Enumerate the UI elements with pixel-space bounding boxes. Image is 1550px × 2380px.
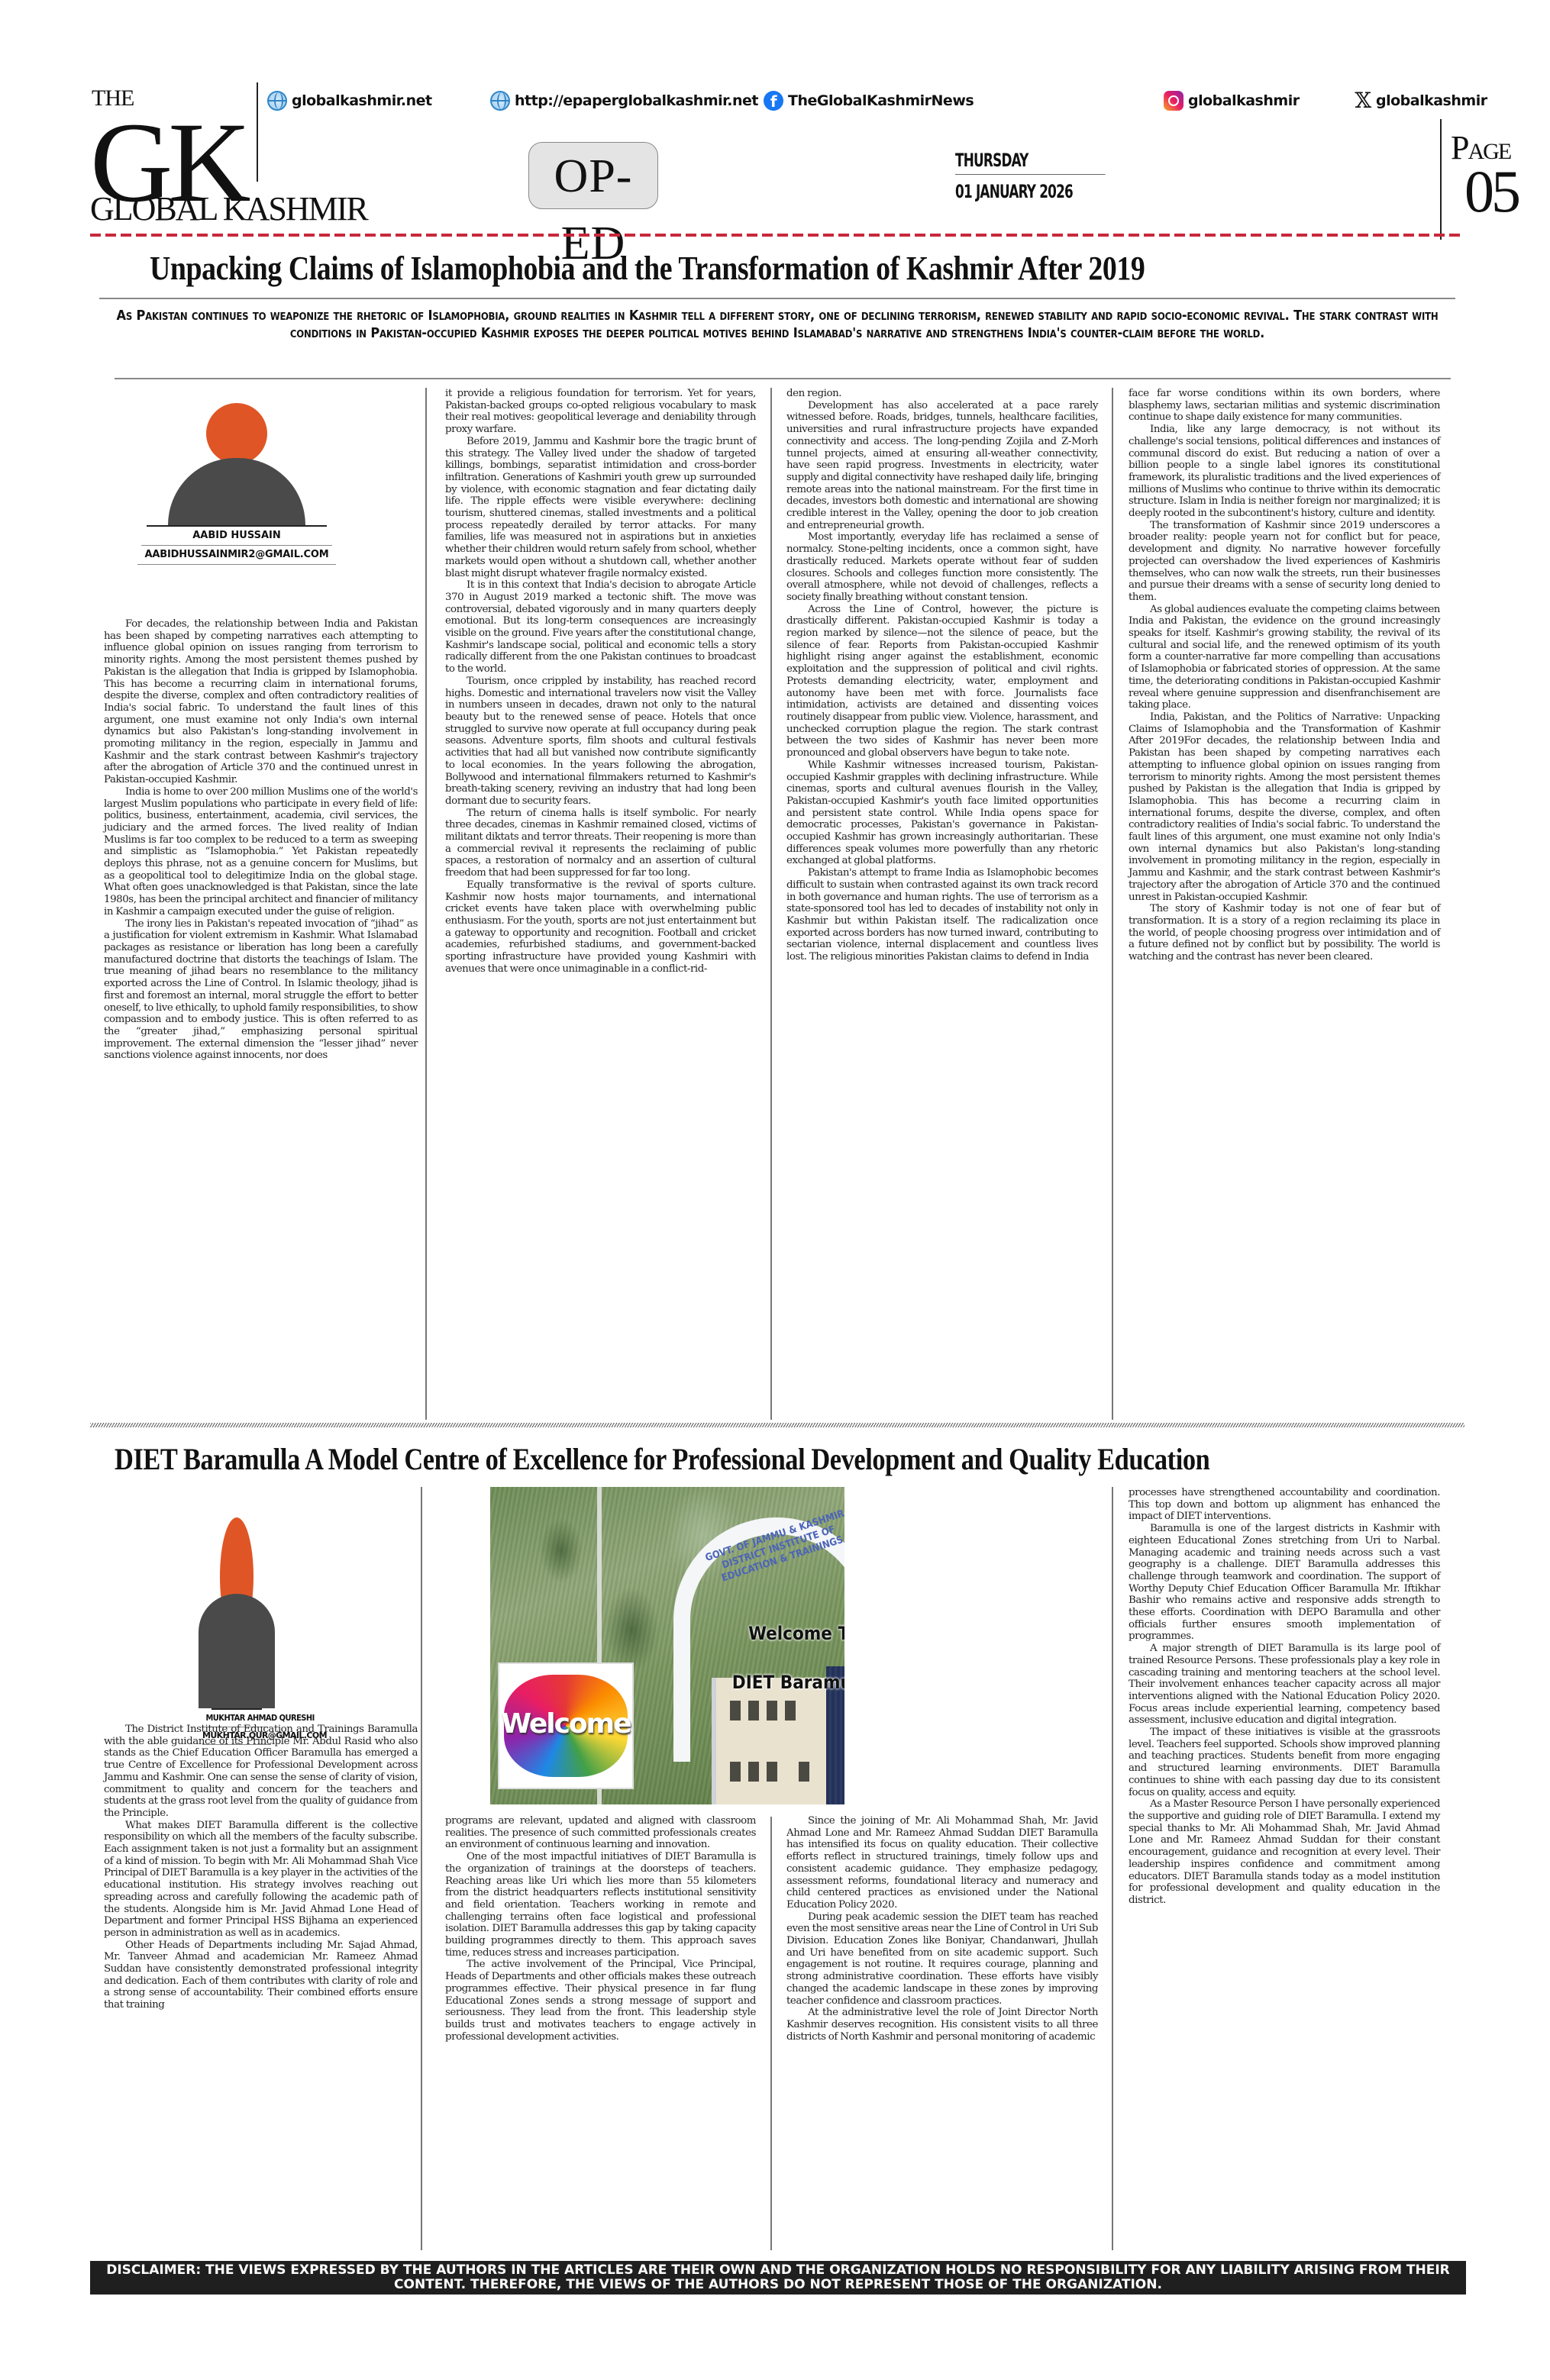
paragraph: face far worse conditions within its own… xyxy=(1129,388,1440,424)
paragraph: programs are relevant, updated and align… xyxy=(445,1815,756,1851)
paragraph: Most importantly, everyday life has recl… xyxy=(786,531,1098,603)
paragraph: The District Institute of Education and … xyxy=(104,1724,418,1820)
section-badge: OP-ED xyxy=(528,142,658,209)
masthead-dashed-rule xyxy=(90,234,1464,237)
logo-name: GLOBAL KASHMIR xyxy=(90,189,367,228)
globe-icon xyxy=(490,91,510,111)
paragraph: Tourism, once crippled by instability, h… xyxy=(445,676,756,808)
photo-welcome-card: Welcome xyxy=(498,1662,634,1789)
column-divider xyxy=(425,388,427,1420)
column-divider xyxy=(1112,388,1113,1420)
epaper-link[interactable]: http://epaperglobalkashmir.net xyxy=(490,87,758,114)
page-divider xyxy=(1440,119,1442,240)
facebook-icon: f xyxy=(764,91,783,111)
window xyxy=(730,1762,741,1782)
paragraph: One of the most impactful initiatives of… xyxy=(445,1851,756,1959)
paragraph: The transformation of Kashmir since 2019… xyxy=(1129,520,1440,604)
column-divider xyxy=(770,388,772,1420)
date-block: THURSDAY 01 JANUARY 2026 xyxy=(955,150,1058,202)
masthead: THE GK GLOBAL KASHMIR globalkashmir.net … xyxy=(90,76,1472,238)
page-number-block: PAGE 05 xyxy=(1451,131,1518,218)
x-icon: 𝕏 xyxy=(1355,91,1371,111)
article1-column-1: For decades, the relationship between In… xyxy=(104,618,418,1062)
avatar-body xyxy=(199,1594,275,1708)
paragraph: Development has also accelerated at a pa… xyxy=(786,400,1098,532)
window xyxy=(767,1762,777,1782)
paragraph: During peak academic session the DIET te… xyxy=(786,1911,1098,2008)
avatar-body xyxy=(168,458,305,525)
paragraph: The return of cinema halls is itself sym… xyxy=(445,808,756,879)
article1-column-3: den region. Development has also acceler… xyxy=(786,388,1098,963)
author-avatar-icon xyxy=(168,403,305,525)
author-avatar-icon xyxy=(199,1517,275,1708)
avatar-head xyxy=(206,403,267,464)
article2-column-2: programs are relevant, updated and align… xyxy=(445,1815,756,2043)
paragraph: India, Pakistan, and the Politics of Nar… xyxy=(1129,711,1440,903)
paragraph: processes have strengthened accountabili… xyxy=(1129,1487,1440,1523)
paragraph: Across the Line of Control, however, the… xyxy=(786,604,1098,759)
article1-author-card: AABID HUSSAIN AABIDHUSSAINMIR2@GMAIL.COM xyxy=(130,403,344,565)
facebook-label: TheGlobalKashmirNews xyxy=(788,92,974,109)
paragraph: As a Master Resource Person I have perso… xyxy=(1129,1798,1440,1906)
paragraph: A major strength of DIET Baramulla is it… xyxy=(1129,1643,1440,1727)
paragraph: What makes DIET Baramulla different is t… xyxy=(104,1820,418,1940)
paragraph: While Kashmir witnesses increased touris… xyxy=(786,759,1098,867)
issue-day: THURSDAY xyxy=(955,150,1106,175)
article-separator xyxy=(90,1423,1464,1427)
x-link[interactable]: 𝕏 globalkashmir xyxy=(1355,87,1487,114)
article2-column-1: The District Institute of Education and … xyxy=(104,1724,418,2011)
deck-rule xyxy=(115,378,1451,379)
newspaper-logo[interactable]: THE GK GLOBAL KASHMIR xyxy=(90,76,258,229)
paragraph: The impact of these initiatives is visib… xyxy=(1129,1727,1440,1798)
facebook-link[interactable]: f TheGlobalKashmirNews xyxy=(764,87,974,114)
paragraph: India is home to over 200 million Muslim… xyxy=(104,786,418,918)
issue-date: 01 JANUARY 2026 xyxy=(955,181,1035,202)
paragraph: it provide a religious foundation for te… xyxy=(445,388,756,436)
paragraph: India, like any large democracy, is not … xyxy=(1129,424,1440,520)
diet-baramulla-photo: GOVT. OF JAMMU & KASHMIR DISTRICT INSTIT… xyxy=(490,1487,844,1804)
instagram-label: globalkashmir xyxy=(1188,92,1300,109)
website-link[interactable]: globalkashmir.net xyxy=(267,87,432,114)
window xyxy=(748,1762,759,1782)
paragraph: den region. xyxy=(786,388,1098,400)
article1-deck: As Pakistan continues to weaponize the r… xyxy=(99,307,1455,342)
paragraph: The irony lies in Pakistan's repeated in… xyxy=(104,918,418,1062)
column-divider xyxy=(770,1817,772,2250)
disclaimer-banner: DISCLAIMER: THE VIEWS EXPRESSED BY THE A… xyxy=(90,2261,1466,2295)
column-divider xyxy=(421,1487,422,2250)
article2-headline: DIET Baramulla A Model Centre of Excelle… xyxy=(115,1441,1209,1477)
page-number: 05 xyxy=(1464,165,1518,218)
author-name: AABID HUSSAIN xyxy=(141,527,332,546)
paragraph: It is in this context that India's decis… xyxy=(445,579,756,676)
x-label: globalkashmir xyxy=(1376,92,1487,109)
article2-column-4: processes have strengthened accountabili… xyxy=(1129,1487,1440,1907)
paragraph: As global audiences evaluate the competi… xyxy=(1129,604,1440,711)
author-email[interactable]: AABIDHUSSAINMIR2@GMAIL.COM xyxy=(137,546,336,565)
sign-line-1: Welcome To xyxy=(719,1609,844,1658)
column-divider xyxy=(1112,1487,1113,2250)
instagram-icon xyxy=(1164,91,1183,111)
paragraph: Other Heads of Departments including Mr.… xyxy=(104,1940,418,2011)
window xyxy=(799,1762,809,1782)
article2-column-3: Since the joining of Mr. Ali Mohammad Sh… xyxy=(786,1815,1098,2043)
paragraph: At the administrative level the role of … xyxy=(786,2007,1098,2043)
welcome-word: Welcome xyxy=(499,1708,632,1740)
paragraph: Since the joining of Mr. Ali Mohammad Sh… xyxy=(786,1815,1098,1911)
headline-rule xyxy=(99,298,1455,299)
paragraph: The story of Kashmir today is not one of… xyxy=(1129,903,1440,963)
epaper-label: http://epaperglobalkashmir.net xyxy=(515,92,758,109)
paragraph: Before 2019, Jammu and Kashmir bore the … xyxy=(445,436,756,579)
photo-welcome-sign: Welcome To DIET Baramulla xyxy=(719,1609,844,1707)
paragraph: The active involvement of the Principal,… xyxy=(445,1959,756,2043)
paragraph: Baramulla is one of the largest district… xyxy=(1129,1523,1440,1643)
paragraph: Pakistan's attempt to frame India as Isl… xyxy=(786,867,1098,963)
paragraph: Equally transformative is the revival of… xyxy=(445,879,756,976)
website-label: globalkashmir.net xyxy=(292,92,432,109)
article2-author-card: MUKHTAR AHMAD QURESHI MUKHTAR.QUR@GMAIL.… xyxy=(130,1517,344,1745)
article1-column-4: face far worse conditions within its own… xyxy=(1129,388,1440,963)
logo-divider xyxy=(257,82,258,182)
instagram-link[interactable]: globalkashmir xyxy=(1164,87,1300,114)
globe-icon xyxy=(267,91,287,111)
article1-headline: Unpacking Claims of Islamophobia and the… xyxy=(150,249,1145,288)
article1-column-2: it provide a religious foundation for te… xyxy=(445,388,756,975)
paragraph: For decades, the relationship between In… xyxy=(104,618,418,786)
sign-line-2: DIET Baramulla xyxy=(719,1658,844,1707)
